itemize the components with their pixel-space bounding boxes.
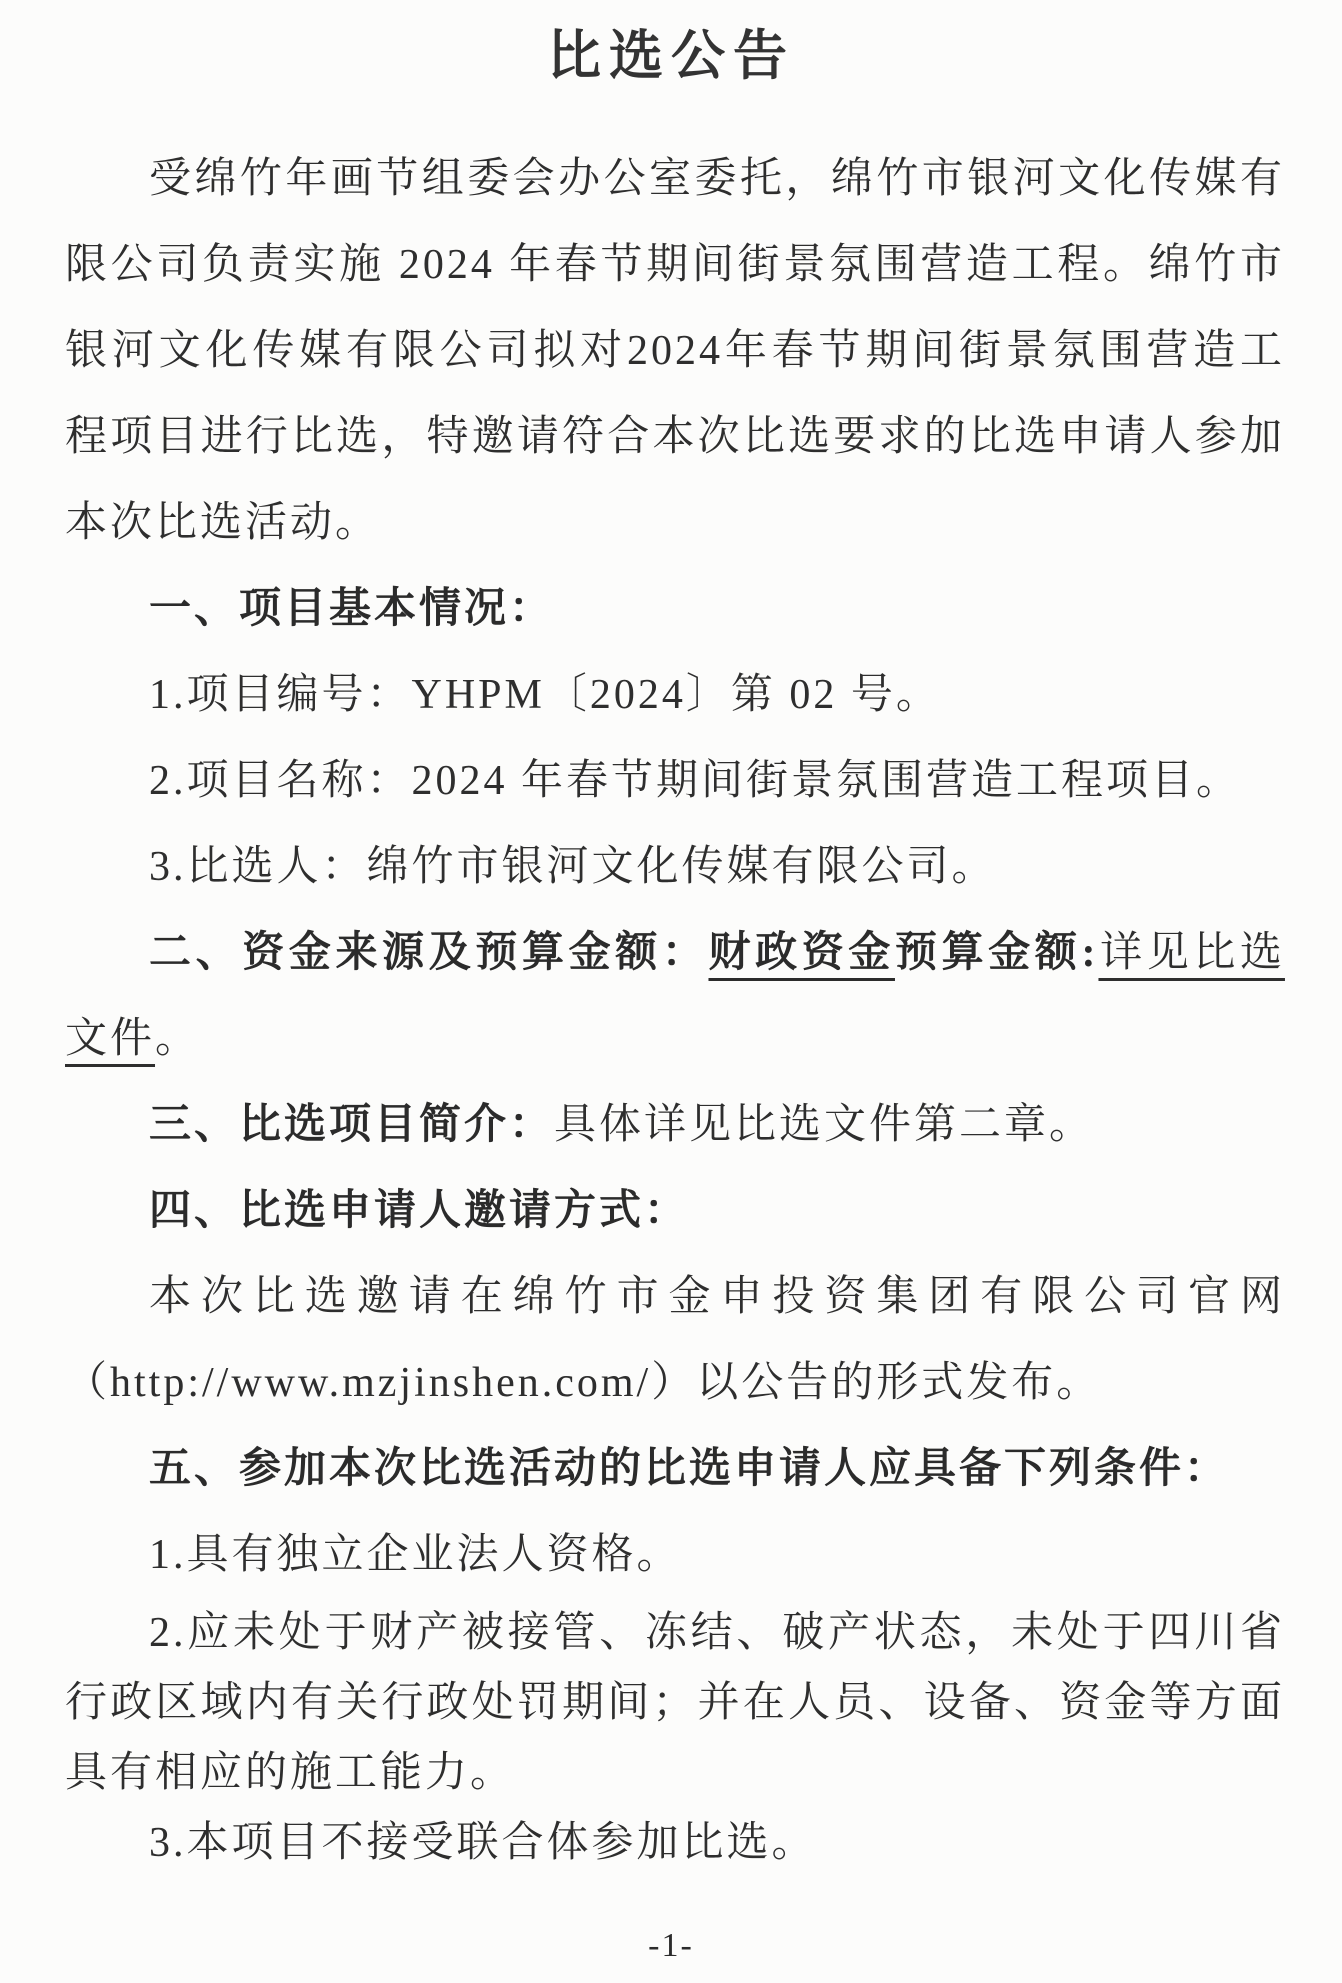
text-run: 受绵竹年画节组委会办公室委托，绵竹市银河文化传媒有限公司负责实施 2024 年春… [65,156,1285,546]
document-title: 比选公告 [0,26,1342,86]
paragraph: 本次比选邀请在绵竹市金申投资集团有限公司官网（http://www.mzjins… [65,1254,1285,1426]
paragraph: 1.具有独立企业法人资格。 [65,1512,1285,1598]
text-run: 1.项目编号：YHPM〔2024〕第 02 号。 [149,672,941,718]
text-run: 预算金额: [895,930,1098,976]
text-run: 3.本项目不接受联合体参加比选。 [149,1820,817,1866]
page-number: -1- [0,1927,1342,1965]
paragraph: 2.项目名称：2024 年春节期间街景氛围营造工程项目。 [65,738,1285,824]
paragraph: 3.比选人：绵竹市银河文化传媒有限公司。 [65,824,1285,910]
text-run: 1.具有独立企业法人资格。 [149,1532,682,1578]
paragraph: 受绵竹年画节组委会办公室委托，绵竹市银河文化传媒有限公司负责实施 2024 年春… [65,136,1285,566]
text-run: 二、资金来源及预算金额： [149,930,708,976]
paragraph: 二、资金来源及预算金额：财政资金预算金额:详见比选文件。 [65,910,1285,1082]
paragraph: 3.本项目不接受联合体参加比选。 [65,1808,1285,1878]
text-run: 2.项目名称：2024 年春节期间街景氛围营造工程项目。 [149,758,1241,804]
paragraph: 1.项目编号：YHPM〔2024〕第 02 号。 [65,652,1285,738]
paragraph: 五、参加本次比选活动的比选申请人应具备下列条件： [65,1426,1285,1512]
text-run: 具体详见比选文件第二章。 [554,1102,1094,1148]
text-run: 2.应未处于财产被接管、冻结、破产状态，未处于四川省行政区域内有关行政处罚期间；… [65,1610,1285,1796]
text-run: 3.比选人：绵竹市银河文化传媒有限公司。 [149,844,997,890]
text-run: 一、项目基本情况： [149,586,554,632]
document-page: 比选公告 受绵竹年画节组委会办公室委托，绵竹市银河文化传媒有限公司负责实施 20… [0,0,1342,1983]
paragraph: 2.应未处于财产被接管、冻结、破产状态，未处于四川省行政区域内有关行政处罚期间；… [65,1598,1285,1808]
text-run: 四、比选申请人邀请方式： [149,1188,689,1234]
paragraph: 四、比选申请人邀请方式： [65,1168,1285,1254]
text-run: 本次比选邀请在绵竹市金申投资集团有限公司官网（http://www.mzjins… [65,1274,1285,1406]
document-body: 受绵竹年画节组委会办公室委托，绵竹市银河文化传媒有限公司负责实施 2024 年春… [65,136,1285,1878]
paragraph: 一、项目基本情况： [65,566,1285,652]
text-run: 财政资金 [708,930,895,976]
text-run: 。 [155,1016,200,1062]
text-run: 五、参加本次比选活动的比选申请人应具备下列条件： [149,1446,1229,1492]
paragraph: 三、比选项目简介：具体详见比选文件第二章。 [65,1082,1285,1168]
text-run: 三、比选项目简介： [149,1102,554,1148]
